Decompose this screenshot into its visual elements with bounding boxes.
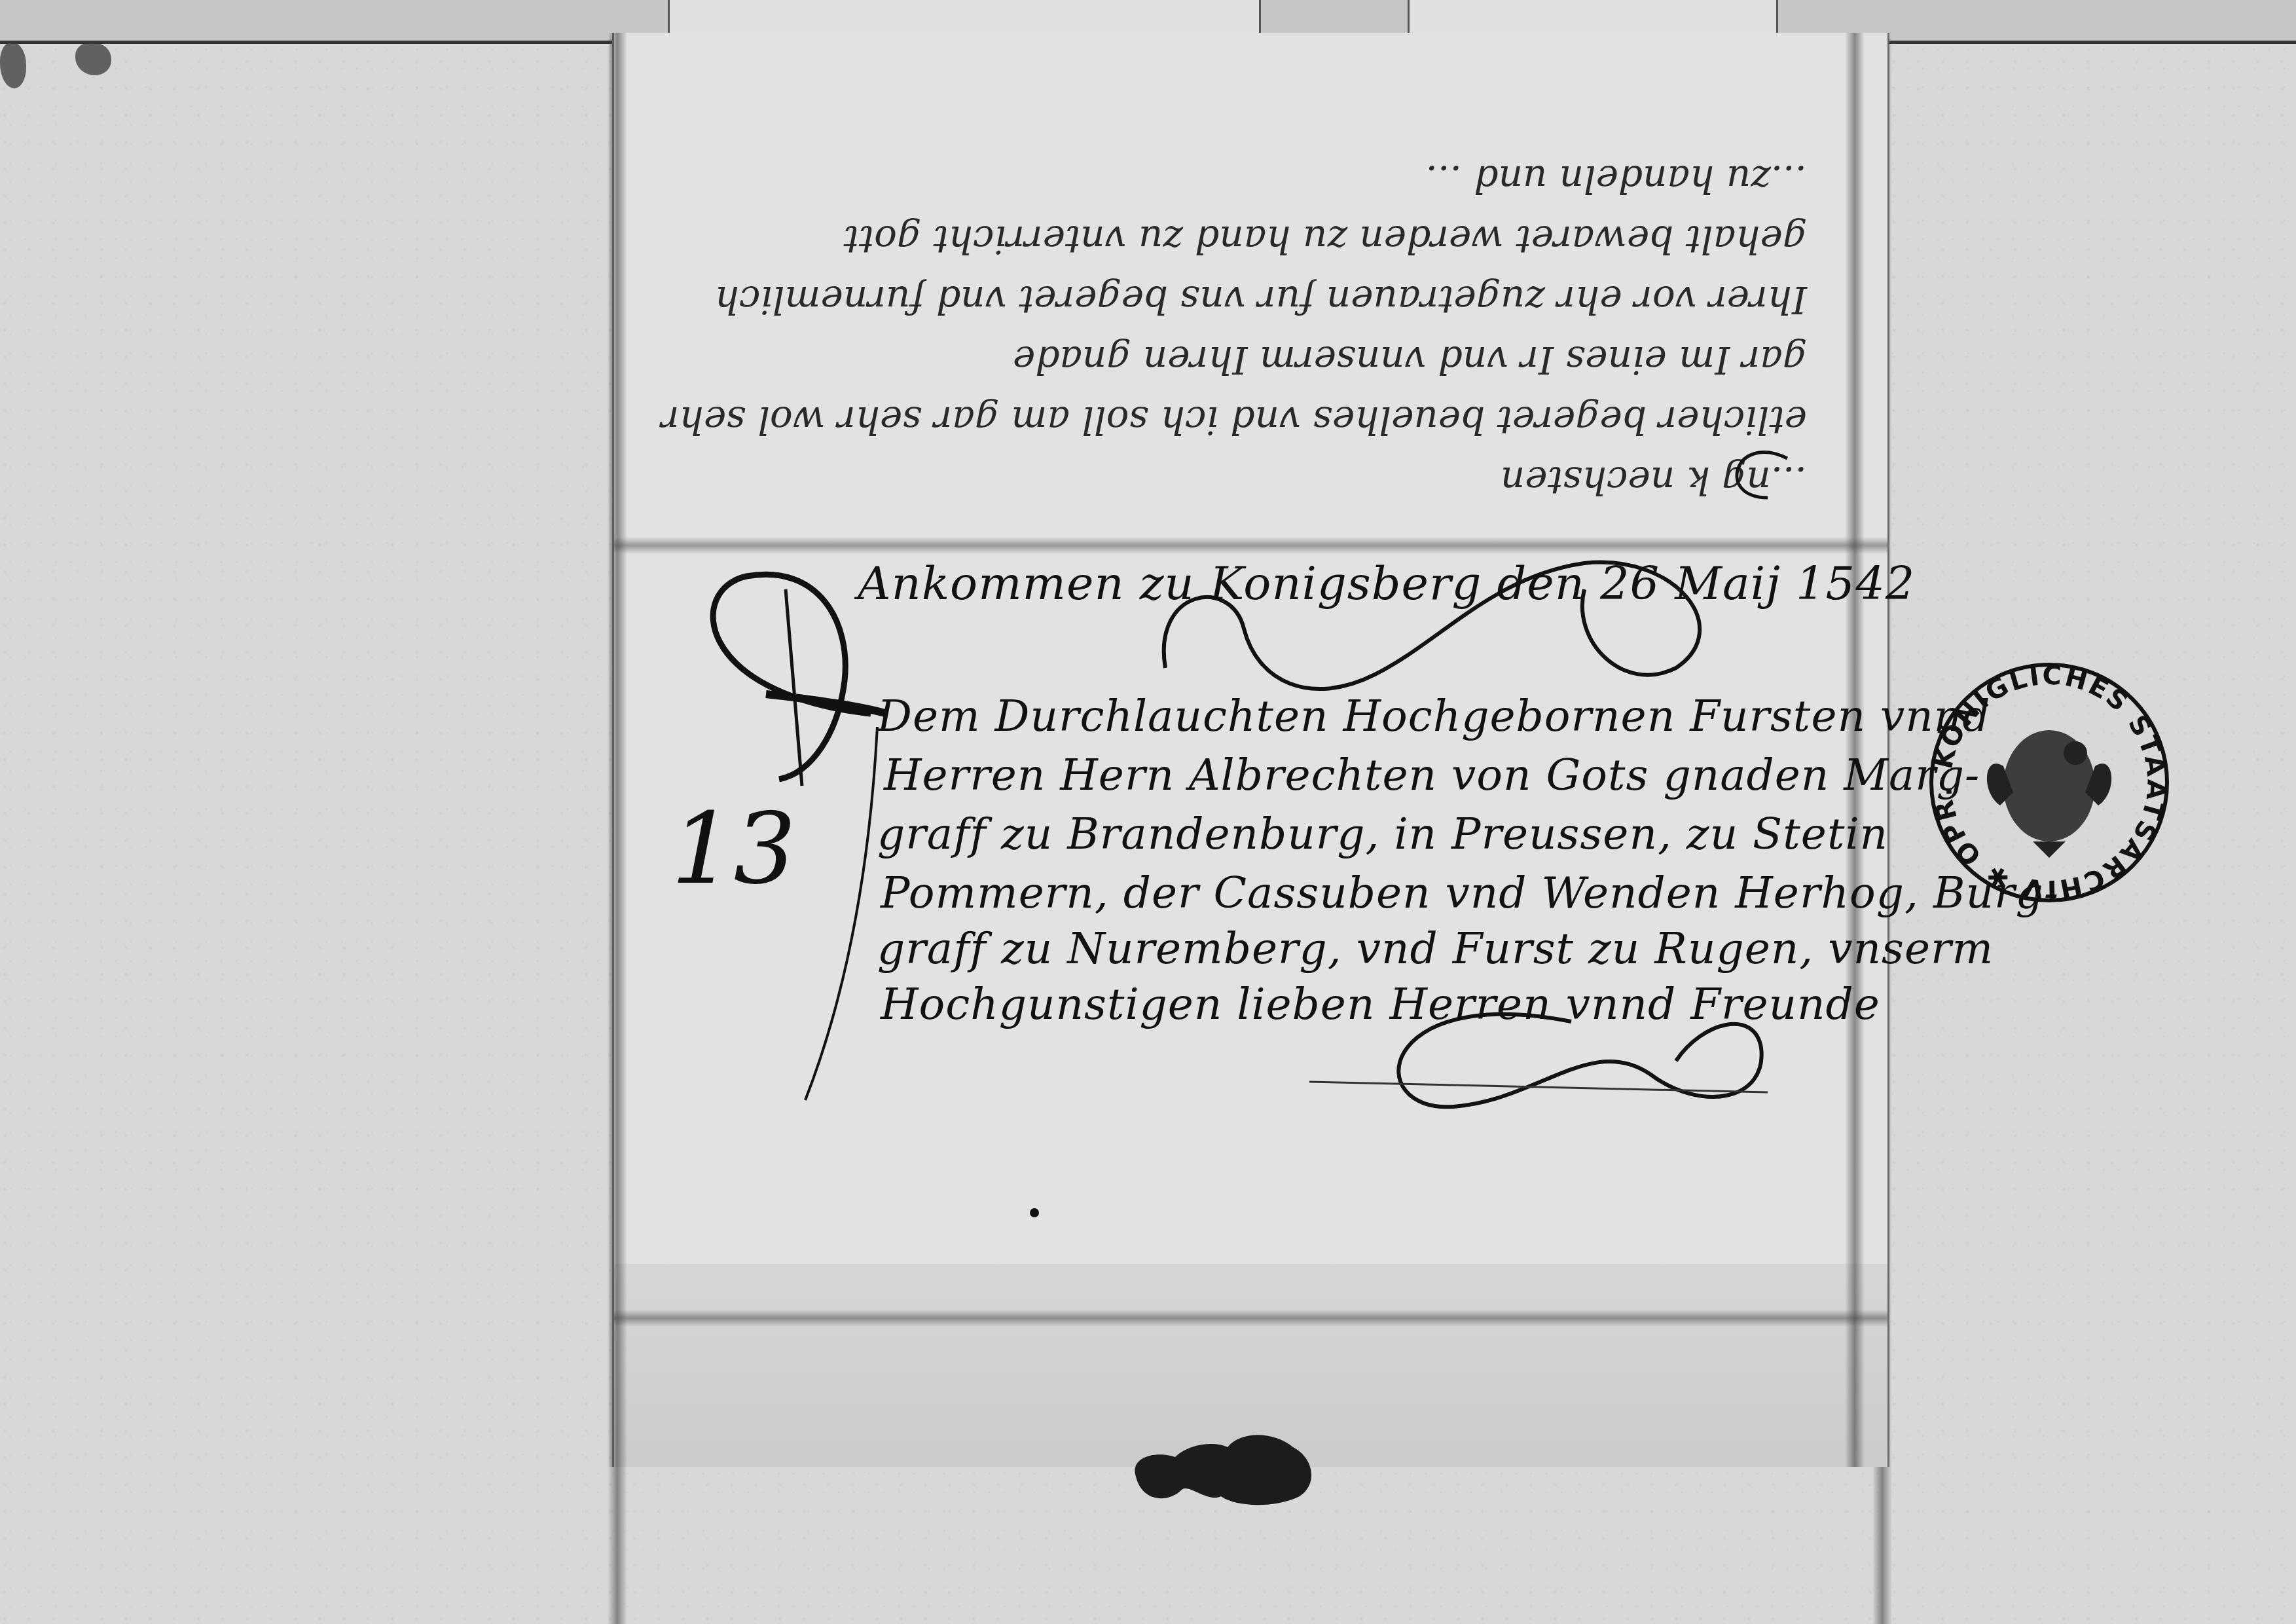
inverted-line: ...ng k nechsten bbox=[655, 451, 1807, 511]
address-line-4: Pommern, der Cassuben vnd Wenden Herhog,… bbox=[881, 868, 2059, 918]
page-fold-horizontal-upper bbox=[614, 537, 1887, 554]
address-line-1: Dem Durchlauchten Hochgebornen Fursten v… bbox=[877, 691, 1990, 741]
edge-stain bbox=[0, 43, 26, 88]
archive-stamp: KÖNIGLICHES STAATSARCHIV ✱ OPR. KÖNIGSBE… bbox=[1922, 655, 2177, 910]
inverted-line: gar Im eines Ir vnd vnnserm Ihren gnade bbox=[655, 330, 1807, 390]
stamp-right-text: OPR. bbox=[1927, 784, 1988, 871]
address-line-5: graff zu Nuremberg, vnd Furst zu Rugen, … bbox=[877, 923, 1994, 974]
inverted-line: gehalt bewaret werden zu hand zu vnterri… bbox=[655, 210, 1807, 270]
ink-dot bbox=[1030, 1208, 1039, 1217]
page-fold-left bbox=[608, 33, 627, 1467]
stamp-bottom-text: KÖNIGSBERG bbox=[1922, 655, 1934, 661]
address-line-2: Herren Hern Albrechten von Gots gnaden M… bbox=[884, 750, 1980, 800]
receipt-note: Ankommen zu Konigsberg den 26 Maij 1542 bbox=[858, 557, 1915, 610]
inverted-text-block: ...ng k nechsten etlicher begeret beuelh… bbox=[655, 170, 1807, 511]
margin-numeral: 13 bbox=[671, 792, 796, 906]
inverted-line: Ihrer vor ehr zugetrauen fur vns begeret… bbox=[655, 270, 1807, 330]
inverted-line: etlicher begeret beuelhes vnd ich soll a… bbox=[655, 390, 1807, 451]
prussian-eagle-icon bbox=[1987, 730, 2111, 858]
inverted-line: ...zu handeln und ... bbox=[655, 149, 1807, 210]
address-line-3: graff zu Brandenburg, in Preussen, zu St… bbox=[877, 809, 1888, 859]
wax-seal-residue bbox=[1123, 1405, 1319, 1509]
address-line-6: Hochgunstigen lieben Herren vnnd Freunde bbox=[881, 979, 1880, 1029]
